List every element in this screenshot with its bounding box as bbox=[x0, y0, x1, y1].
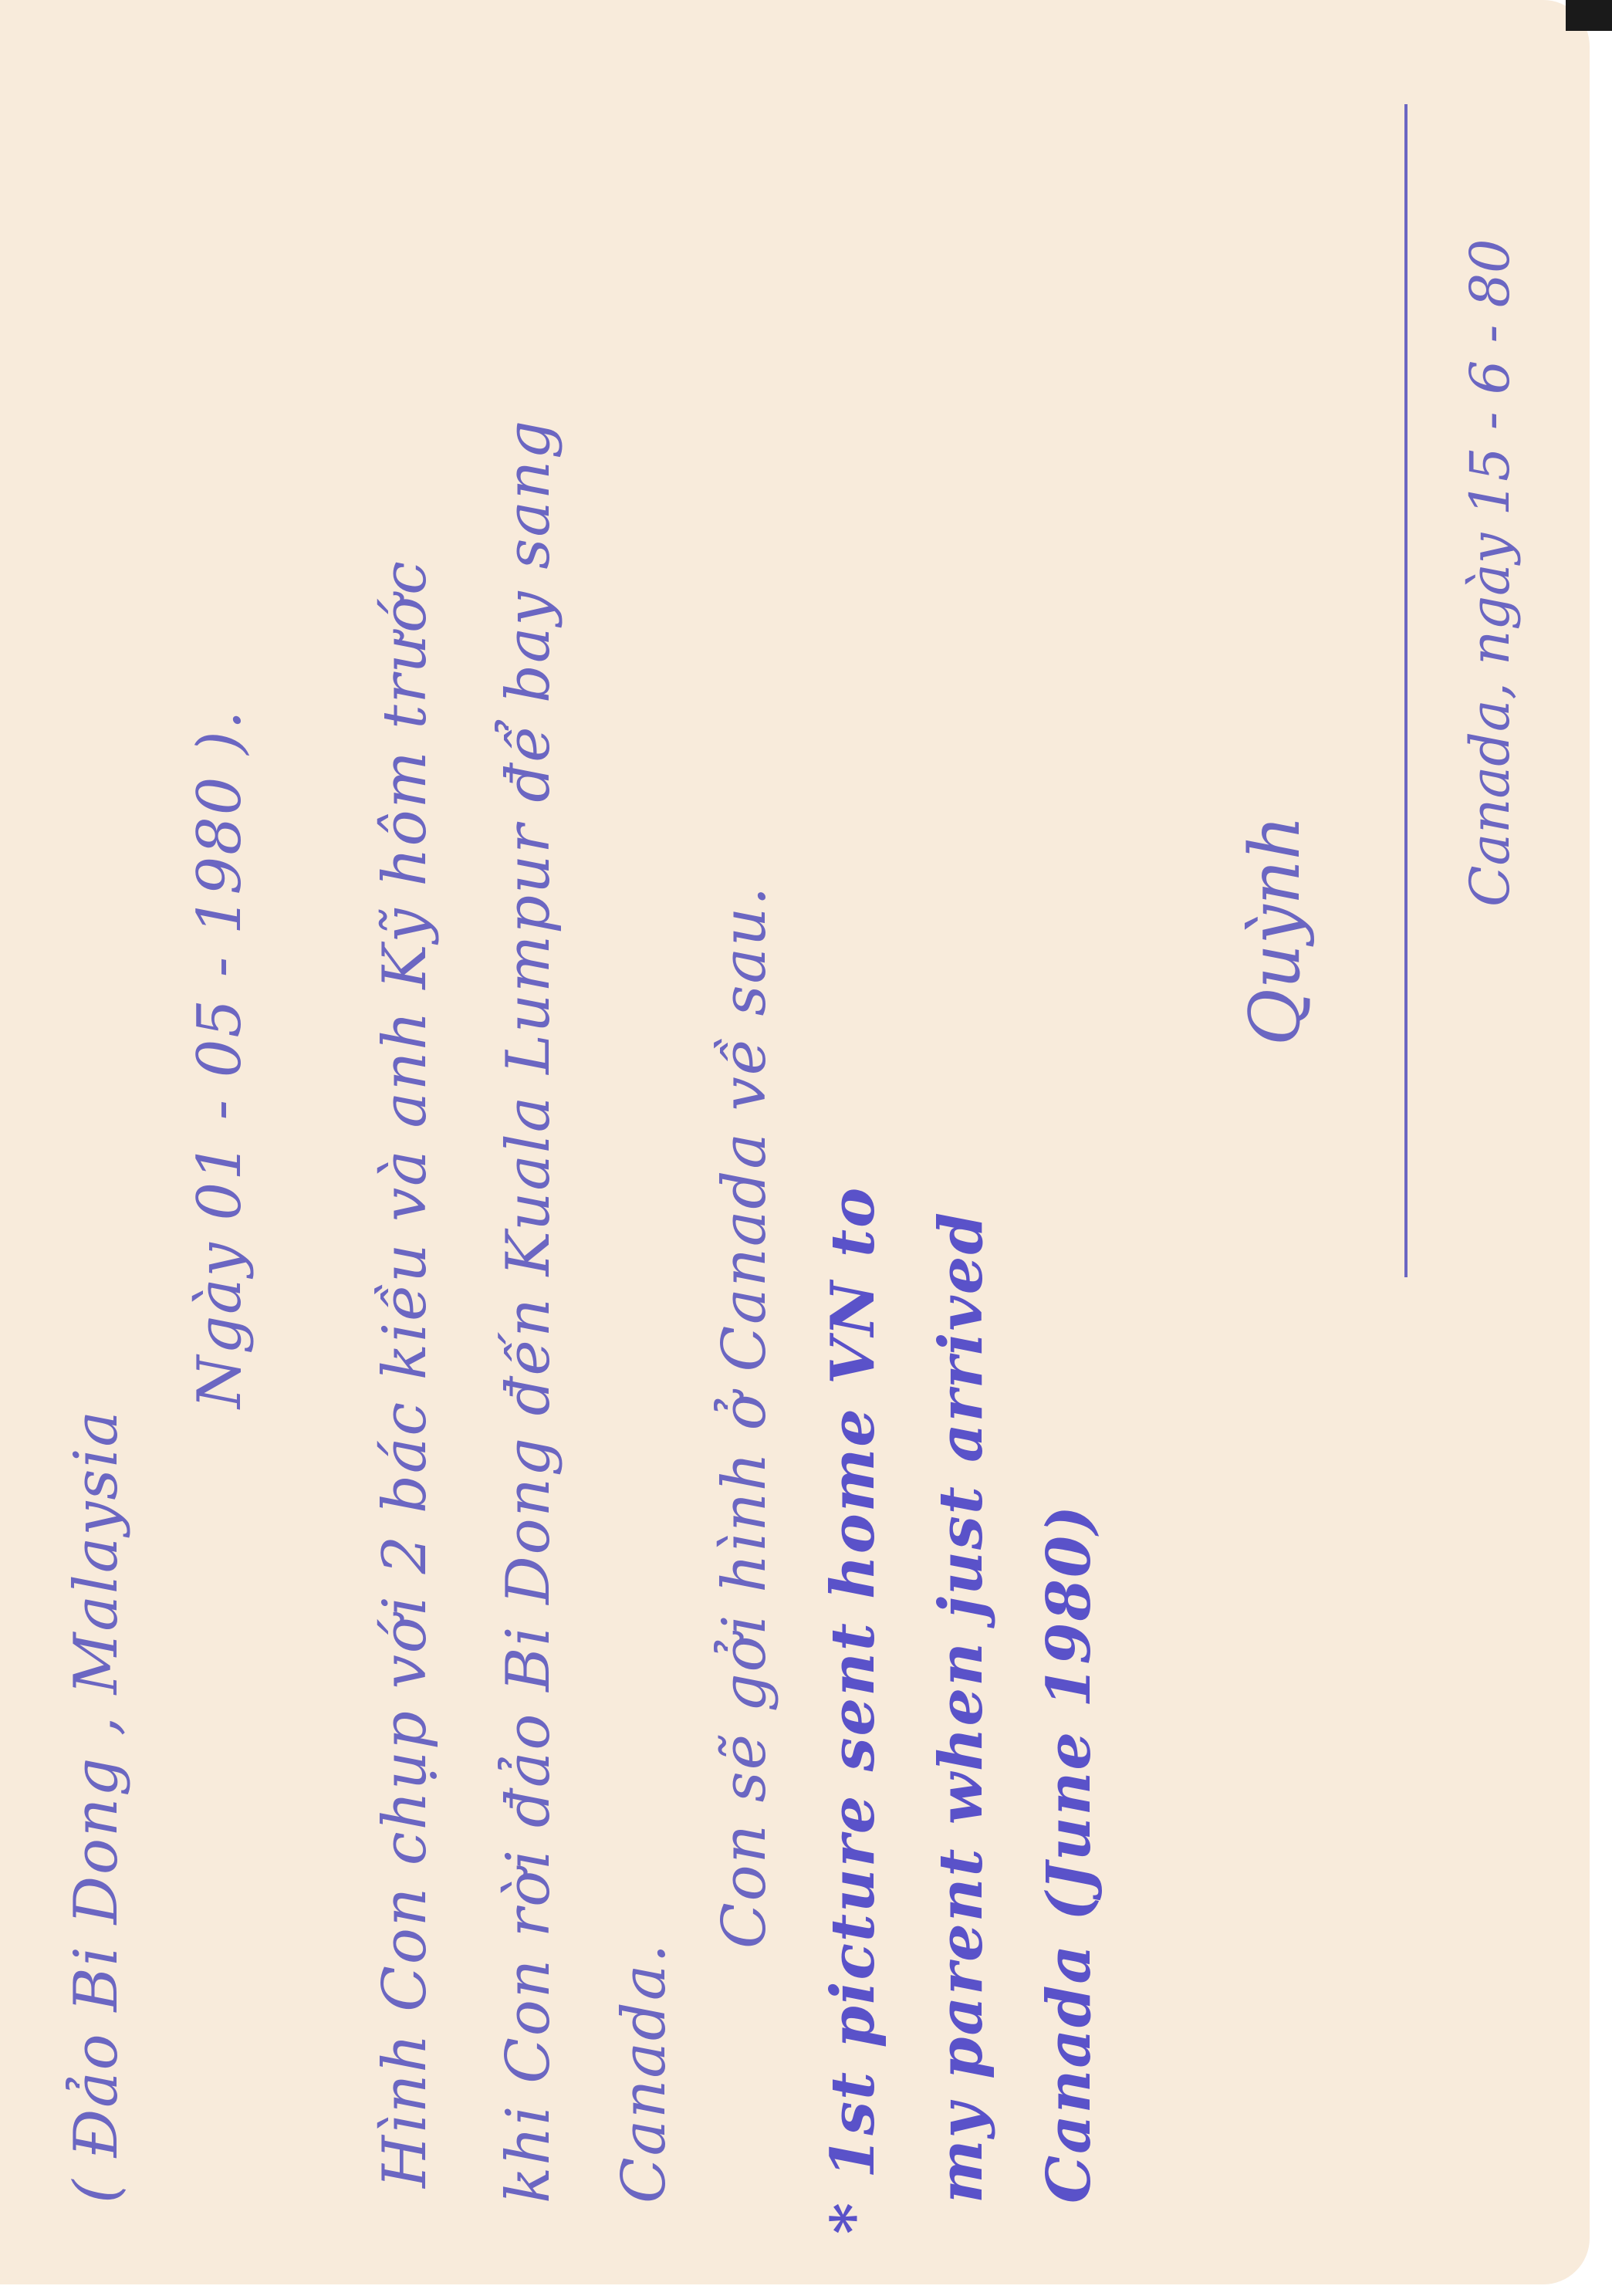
annotation-line-2: my parent when just arrived bbox=[926, 1211, 996, 2203]
annotation-line-1: * 1st picture sent home VN to bbox=[818, 1186, 888, 2234]
signature: Quỳnh bbox=[1235, 815, 1316, 1046]
closing-date: Canada, ngày 15 - 6 - 80 bbox=[1458, 238, 1522, 907]
body-line-3: Canada. bbox=[610, 1943, 679, 2203]
body-line-1: Hình Con chụp với 2 bác kiều và anh Kỹ h… bbox=[370, 560, 440, 2188]
scan-edge bbox=[1566, 0, 1612, 31]
annotation-line-3: Canada (June 1980) bbox=[1034, 1504, 1104, 2203]
body-line-2: khi Con rời đảo Bi Dong đến Kuala Lumpur… bbox=[494, 419, 563, 2203]
handwritten-note: ( Đảo Bi Dong , Malaysia Ngày 01 - 05 - … bbox=[0, 58, 1582, 2296]
signature-underline bbox=[1404, 104, 1408, 1277]
date-line: Ngày 01 - 05 - 1980 ). bbox=[185, 709, 255, 1408]
header-line: ( Đảo Bi Dong , Malaysia bbox=[62, 1409, 131, 2203]
body-line-4: Con sẽ gởi hình ở Canada về sau. bbox=[710, 885, 779, 1949]
